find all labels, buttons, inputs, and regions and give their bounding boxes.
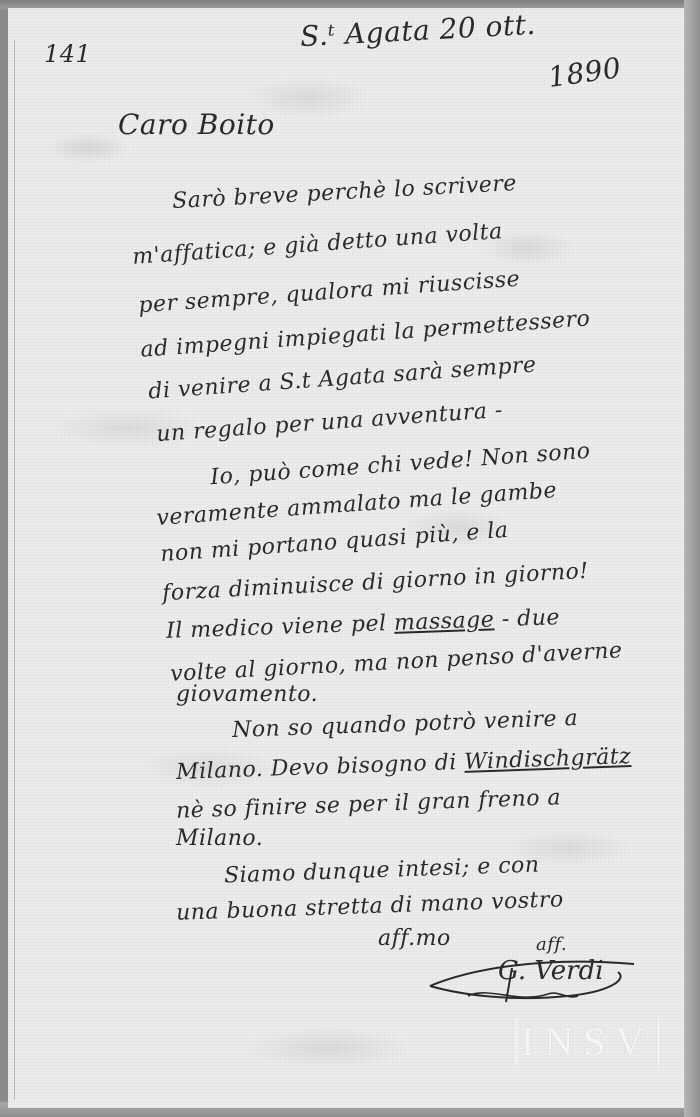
letter-line: aff.mo bbox=[378, 926, 451, 951]
letter-page bbox=[8, 8, 684, 1108]
letter-line-text: - due bbox=[494, 605, 561, 632]
signature: G. Verdi bbox=[428, 950, 638, 1010]
signature-name: G. Verdi bbox=[498, 956, 604, 986]
salutation: Caro Boito bbox=[118, 108, 275, 141]
page-number: 141 bbox=[44, 40, 91, 68]
page-fold-line bbox=[14, 40, 15, 1100]
institution-watermark: INSV bbox=[516, 1018, 659, 1065]
letter-line: Milano. bbox=[176, 826, 263, 851]
underlined-word: massage bbox=[394, 607, 495, 635]
page-edge-shadow bbox=[684, 0, 700, 1117]
letter-line: giovamento. bbox=[176, 682, 318, 707]
